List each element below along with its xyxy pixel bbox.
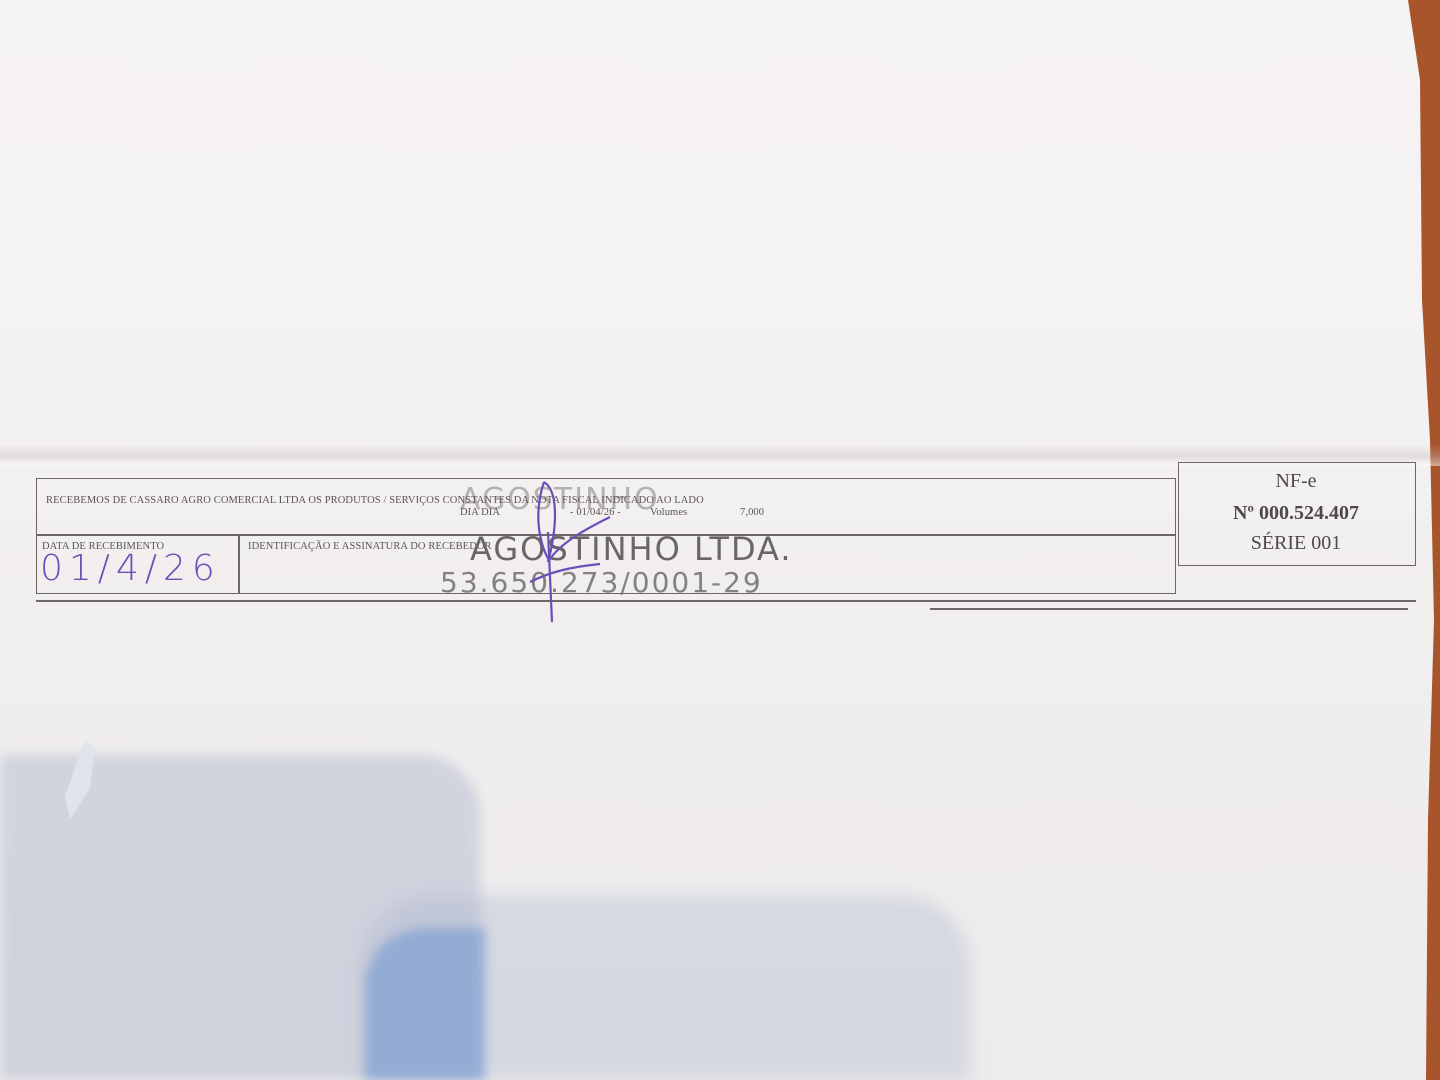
divider xyxy=(930,608,1408,610)
divider xyxy=(36,600,1416,602)
divider xyxy=(238,534,240,594)
signature-mark xyxy=(520,472,630,622)
nfe-title: NF-e xyxy=(1180,470,1412,493)
stamp-company: AGOSTINHO LTDA. xyxy=(470,530,793,568)
volumes-value: 7,000 xyxy=(740,507,764,518)
background-shadow xyxy=(365,928,485,1080)
handwritten-date: 01/4/26 xyxy=(40,548,221,589)
receiver-sign-label: IDENTIFICAÇÃO E ASSINATURA DO RECEBEDOR xyxy=(248,541,492,552)
nfe-number: Nº 000.524.407 xyxy=(1180,502,1412,525)
nfe-series: SÉRIE 001 xyxy=(1180,532,1412,555)
receipt-stub: RECEBEMOS DE CASSARO AGRO COMERCIAL LTDA… xyxy=(30,462,1420,630)
